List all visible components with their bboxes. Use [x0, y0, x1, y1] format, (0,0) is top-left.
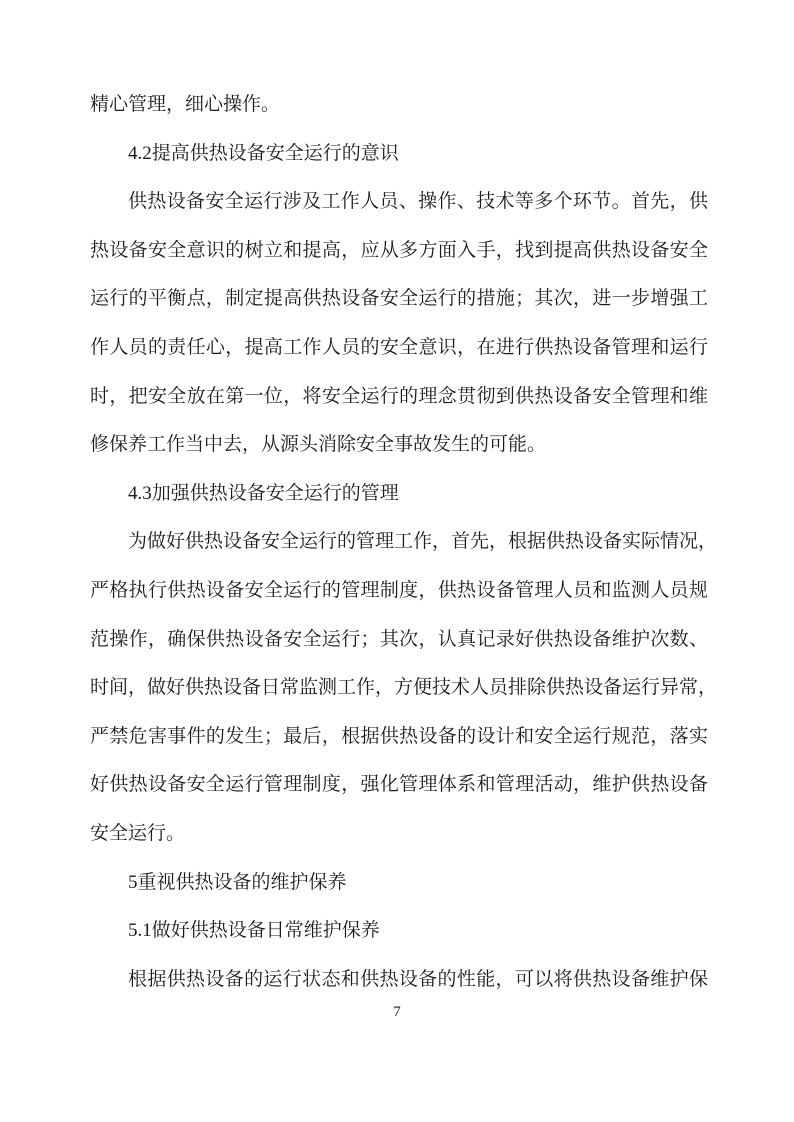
text-line: 范操作，确保供热设备安全运行；其次，认真记录好供热设备维护次数、 — [90, 616, 708, 665]
text-line: 根据供热设备的运行状态和供热设备的性能，可以将供热设备维护保 — [90, 956, 708, 1005]
text-line: 时间，做好供热设备日常监测工作，方便技术人员排除供热设备运行异常， — [90, 664, 708, 713]
section-heading: 5重视供热设备的维护保养 — [90, 859, 708, 908]
text-line: 为做好供热设备安全运行的管理工作，首先，根据供热设备实际情况， — [90, 518, 708, 567]
text-line: 严格执行供热设备安全运行的管理制度，供热设备管理人员和监测人员规 — [90, 567, 708, 616]
page-footer: 7 — [0, 1002, 794, 1022]
text-line: 作人员的责任心，提高工作人员的安全意识，在进行供热设备管理和运行 — [90, 324, 708, 373]
page-number: 7 — [393, 1004, 401, 1020]
section-heading: 4.3加强供热设备安全运行的管理 — [90, 470, 708, 519]
section-heading: 5.1做好供热设备日常维护保养 — [90, 907, 708, 956]
section-heading: 4.2提高供热设备安全运行的意识 — [90, 130, 708, 179]
text-line: 修保养工作当中去，从源头消除安全事故发生的可能。 — [90, 421, 708, 470]
document-page: 精心管理，细心操作。4.2提高供热设备安全运行的意识供热设备安全运行涉及工作人员… — [0, 0, 794, 1122]
text-line: 运行的平衡点，制定提高供热设备安全运行的措施；其次，进一步增强工 — [90, 275, 708, 324]
text-line: 严禁危害事件的发生；最后，根据供热设备的设计和安全运行规范，落实 — [90, 713, 708, 762]
document-content: 精心管理，细心操作。4.2提高供热设备安全运行的意识供热设备安全运行涉及工作人员… — [90, 81, 708, 1004]
text-line: 时，把安全放在第一位，将安全运行的理念贯彻到供热设备安全管理和维 — [90, 373, 708, 422]
text-line: 供热设备安全运行涉及工作人员、操作、技术等多个环节。首先，供 — [90, 178, 708, 227]
text-line: 安全运行。 — [90, 810, 708, 859]
text-line: 精心管理，细心操作。 — [90, 81, 708, 130]
text-line: 热设备安全意识的树立和提高，应从多方面入手，找到提高供热设备安全 — [90, 227, 708, 276]
text-line: 好供热设备安全运行管理制度，强化管理体系和管理活动，维护供热设备 — [90, 761, 708, 810]
